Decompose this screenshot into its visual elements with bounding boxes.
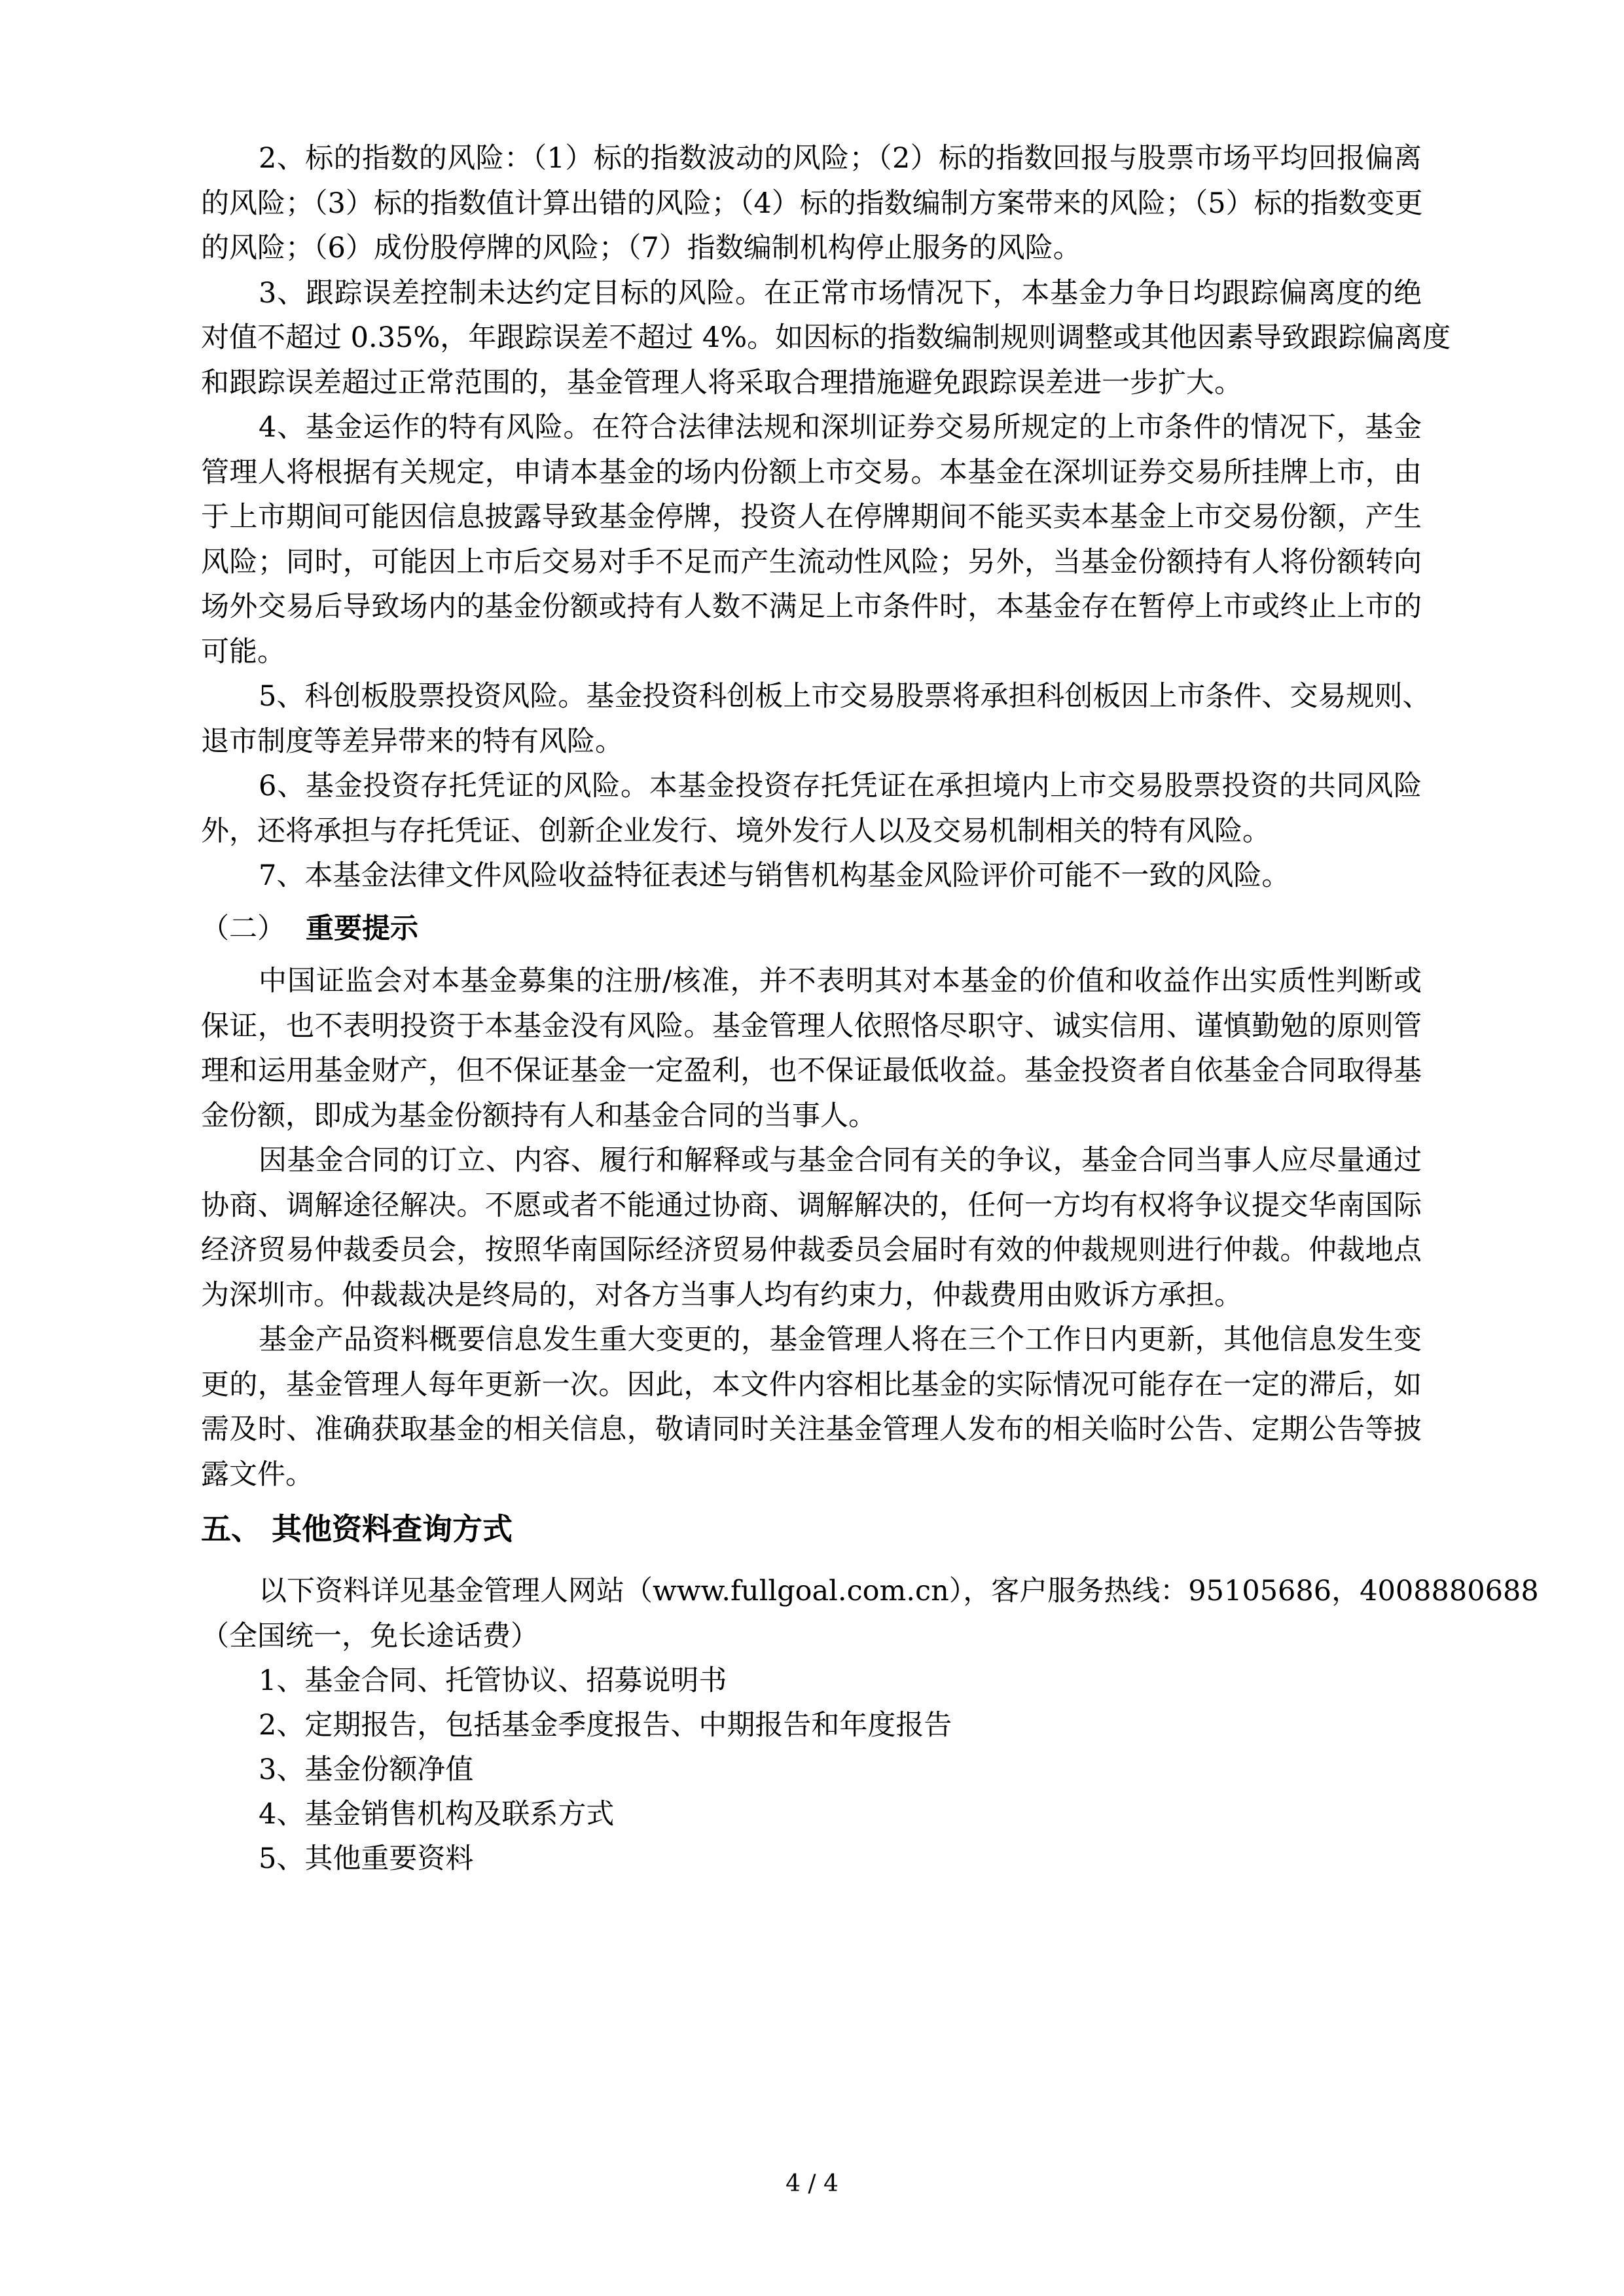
important-notice-body: 中国证监会对本基金募集的注册/核准，并不表明其对本基金的价值和收益作出实质性判断… <box>201 959 1422 1497</box>
heading-number: 五、 <box>201 1503 272 1555</box>
heading-title: 重要提示 <box>306 912 418 945</box>
paragraph-line: 退市制度等差异带来的特有风险。 <box>201 719 1422 764</box>
paragraph-line: 露文件。 <box>201 1452 1422 1498</box>
paragraph-line: 中国证监会对本基金募集的注册/核准，并不表明其对本基金的价值和收益作出实质性判断… <box>201 959 1422 1004</box>
paragraph-line: 更的，基金管理人每年更新一次。因此，本文件内容相比基金的实际情况可能存在一定的滞… <box>201 1363 1422 1408</box>
paragraph-line: 的风险；（3）标的指数值计算出错的风险；（4）标的指数编制方案带来的风险；（5）… <box>201 181 1422 226</box>
page-number: 4 / 4 <box>0 2168 1624 2200</box>
paragraph-line: 3、跟踪误差控制未达约定目标的风险。在正常市场情况下，本基金力争日均跟踪偏离度的… <box>201 271 1422 316</box>
paragraph-line: 的风险；（6）成份股停牌的风险；（7）指数编制机构停止服务的风险。 <box>201 226 1422 271</box>
paragraph-line: 需及时、准确获取基金的相关信息，敬请同时关注基金管理人发布的相关临时公告、定期公… <box>201 1407 1422 1452</box>
section-5-body: 以下资料详见基金管理人网站（www.fullgoal.com.cn），客户服务热… <box>201 1569 1422 1881</box>
document-page: 2、标的指数的风险：（1）标的指数波动的风险；（2）标的指数回报与股票市场平均回… <box>0 0 1624 2296</box>
document-list-item: 2、定期报告，包括基金季度报告、中期报告和年度报告 <box>201 1703 1422 1748</box>
heading-number: （二） <box>201 906 306 951</box>
paragraph-line: 可能。 <box>201 630 1422 675</box>
paragraph-line: 场外交易后导致场内的基金份额或持有人数不满足上市条件时，本基金存在暂停上市或终止… <box>201 584 1422 630</box>
paragraph-line: 因基金合同的订立、内容、履行和解释或与基金合同有关的争议，基金合同当事人应尽量通… <box>201 1138 1422 1183</box>
paragraph-line: 于上市期间可能因信息披露导致基金停牌，投资人在停牌期间不能买卖本基金上市交易份额… <box>201 495 1422 540</box>
heading-title: 其他资料查询方式 <box>272 1511 513 1547</box>
paragraph-line: 2、标的指数的风险：（1）标的指数波动的风险；（2）标的指数回报与股票市场平均回… <box>201 136 1422 181</box>
paragraph-line: 外，还将承担与存托凭证、创新企业发行、境外发行人以及交易机制相关的特有风险。 <box>201 809 1422 854</box>
paragraph-line: 为深圳市。仲裁裁决是终局的，对各方当事人均有约束力，仲裁费用由败诉方承担。 <box>201 1273 1422 1318</box>
contact-info-line: 以下资料详见基金管理人网站（www.fullgoal.com.cn），客户服务热… <box>201 1569 1422 1614</box>
paragraph-line: 管理人将根据有关规定，申请本基金的场内份额上市交易。本基金在深圳证券交易所挂牌上… <box>201 450 1422 495</box>
document-list-item: 5、其他重要资料 <box>201 1837 1422 1881</box>
section-5-heading: 五、其他资料查询方式 <box>201 1503 513 1555</box>
paragraph-line: 协商、调解途径解决。不愿或者不能通过协商、调解解决的，任何一方均有权将争议提交华… <box>201 1183 1422 1229</box>
paragraph-line: 4、基金运作的特有风险。在符合法律法规和深圳证券交易所规定的上市条件的情况下，基… <box>201 405 1422 450</box>
document-list-item: 1、基金合同、托管协议、招募说明书 <box>201 1659 1422 1703</box>
paragraph-line: 6、基金投资存托凭证的风险。本基金投资存托凭证在承担境内上市交易股票投资的共同风… <box>201 764 1422 809</box>
contact-info-line: （全国统一，免长途话费） <box>201 1614 1422 1659</box>
document-list-item: 4、基金销售机构及联系方式 <box>201 1792 1422 1837</box>
important-notice-heading: （二）重要提示 <box>201 906 418 951</box>
paragraph-line: 基金产品资料概要信息发生重大变更的，基金管理人将在三个工作日内更新，其他信息发生… <box>201 1318 1422 1363</box>
risk-list: 2、标的指数的风险：（1）标的指数波动的风险；（2）标的指数回报与股票市场平均回… <box>201 136 1422 899</box>
paragraph-line: 对值不超过 0.35%，年跟踪误差不超过 4%。如因标的指数编制规则调整或其他因… <box>201 315 1422 361</box>
paragraph-line: 风险；同时，可能因上市后交易对手不足而产生流动性风险；另外，当基金份额持有人将份… <box>201 540 1422 585</box>
document-list-item: 3、基金份额净值 <box>201 1748 1422 1792</box>
paragraph-line: 保证，也不表明投资于本基金没有风险。基金管理人依照恪尽职守、诚实信用、谨慎勤勉的… <box>201 1004 1422 1049</box>
paragraph-line: 和跟踪误差超过正常范围的，基金管理人将采取合理措施避免跟踪误差进一步扩大。 <box>201 361 1422 406</box>
paragraph-line: 5、科创板股票投资风险。基金投资科创板上市交易股票将承担科创板因上市条件、交易规… <box>201 674 1422 719</box>
paragraph-line: 金份额，即成为基金份额持有人和基金合同的当事人。 <box>201 1094 1422 1139</box>
paragraph-line: 经济贸易仲裁委员会，按照华南国际经济贸易仲裁委员会届时有效的仲裁规则进行仲裁。仲… <box>201 1228 1422 1273</box>
paragraph-line: 7、本基金法律文件风险收益特征表述与销售机构基金风险评价可能不一致的风险。 <box>201 853 1422 899</box>
paragraph-line: 理和运用基金财产，但不保证基金一定盈利，也不保证最低收益。基金投资者自依基金合同… <box>201 1049 1422 1094</box>
